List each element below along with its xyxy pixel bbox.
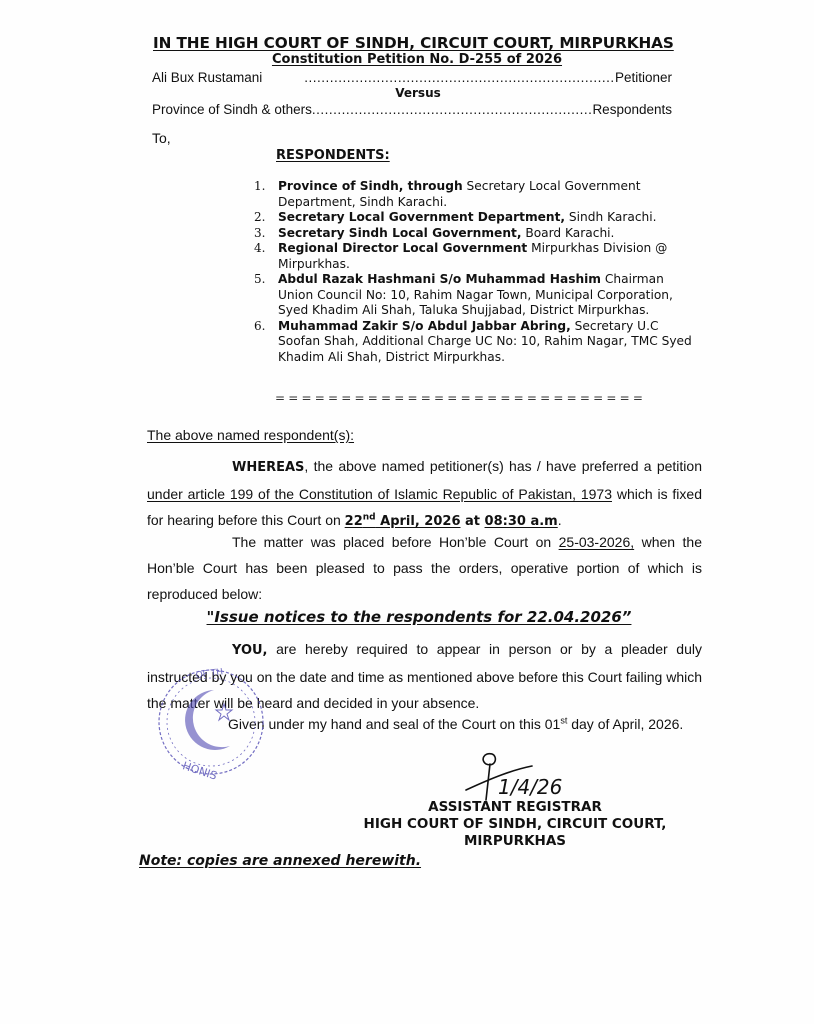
respondents-row: Province of Sindh & others .............… xyxy=(152,102,672,117)
signatory-block: ASSISTANT REGISTRAR HIGH COURT OF SINDH,… xyxy=(330,799,700,850)
separator-line: ============================ xyxy=(275,391,646,405)
respondents-name: Province of Sindh & others xyxy=(152,102,312,117)
order-quote: "Issue notices to the respondents for 22… xyxy=(0,608,814,626)
petition-number: Constitution Petition No. D-255 of 2026 xyxy=(0,52,814,67)
signatory-title: ASSISTANT REGISTRAR xyxy=(330,799,700,816)
hearing-date: 22nd April, 2026 xyxy=(345,514,461,529)
given-under-seal-line: Given under my hand and seal of the Cour… xyxy=(228,716,683,732)
annexure-note: Note: copies are annexed herewith. xyxy=(139,853,421,869)
article-reference: under article 199 of the Constitution of… xyxy=(147,486,612,502)
signatory-place: MIRPURKHAS xyxy=(330,833,700,850)
respondent-item: 3.Secretary Sindh Local Government, Boar… xyxy=(252,226,692,242)
respondent-item: 2.Secretary Local Government Department,… xyxy=(252,210,692,226)
respondent-list: 1.Province of Sindh, through Secretary L… xyxy=(252,179,692,365)
notice-page: IN THE HIGH COURT OF SINDH, CIRCUIT COUR… xyxy=(0,0,814,1024)
petitioner-row: Ali Bux Rustamani ......................… xyxy=(152,70,672,85)
respondents-label: Respondents xyxy=(592,102,672,117)
respondent-item: 5.Abdul Razak Hashmani S/o Muhammad Hash… xyxy=(252,272,692,319)
svg-text:HONIS: HONIS xyxy=(181,759,219,782)
signatory-court: HIGH COURT OF SINDH, CIRCUIT COURT, xyxy=(330,816,700,833)
svg-text:1/4/26: 1/4/26 xyxy=(498,775,562,799)
petitioner-name: Ali Bux Rustamani xyxy=(152,70,262,85)
crescent-star-seal-icon: HONIS OF TH xyxy=(152,660,270,788)
hearing-time: 08:30 a.m xyxy=(485,514,558,529)
petitioner-label: Petitioner xyxy=(615,70,672,85)
above-named-label: The above named respondent(s): xyxy=(147,427,354,443)
to-label: To, xyxy=(152,130,171,146)
order-date: 25-03-2026, xyxy=(559,534,635,550)
matter-paragraph: The matter was placed before Hon’ble Cou… xyxy=(147,529,702,607)
respondent-item: 1.Province of Sindh, through Secretary L… xyxy=(252,179,692,210)
dot-leader: ........................................… xyxy=(304,70,615,85)
court-title: IN THE HIGH COURT OF SINDH, CIRCUIT COUR… xyxy=(153,34,674,52)
dot-leader: ........................................… xyxy=(312,102,593,117)
respondents-heading: RESPONDENTS: xyxy=(276,148,390,163)
respondent-item: 4.Regional Director Local Government Mir… xyxy=(252,241,692,272)
respondent-item: 6.Muhammad Zakir S/o Abdul Jabbar Abring… xyxy=(252,319,692,366)
versus-label: Versus xyxy=(0,86,814,100)
whereas-paragraph: WHEREAS, the above named petitioner(s) h… xyxy=(147,453,702,535)
